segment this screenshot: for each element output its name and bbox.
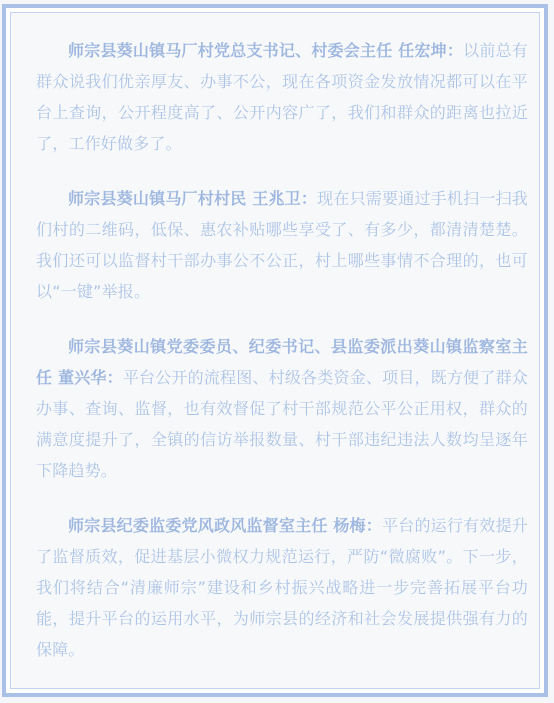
- decorative-outer-border: 师宗县葵山镇马厂村党总支书记、村委会主任 任宏坤：以前总有群众说我们优亲厚友、办…: [2, 4, 548, 697]
- speaker-name: 师宗县纪委监委党风政风监督室主任 杨梅：: [68, 516, 382, 535]
- speaker-name: 师宗县葵山镇马厂村党总支书记、村委会主任 任宏坤：: [68, 41, 463, 60]
- quote-text: 平台的运行有效提升了监督质效，促进基层小微权力规范运行，严防“微腐败”。下一步，…: [36, 516, 528, 659]
- decorative-inner-border: 师宗县葵山镇马厂村党总支书记、村委会主任 任宏坤：以前总有群众说我们优亲厚友、办…: [10, 12, 540, 689]
- quote-paragraph: 师宗县纪委监委党风政风监督室主任 杨梅：平台的运行有效提升了监督质效，促进基层小…: [36, 510, 528, 665]
- quote-paragraph: 师宗县葵山镇马厂村党总支书记、村委会主任 任宏坤：以前总有群众说我们优亲厚友、办…: [36, 35, 528, 159]
- quote-paragraph: 师宗县葵山镇马厂村村民 王兆卫：现在只需要通过手机扫一扫我们村的二维码，低保、惠…: [36, 183, 528, 307]
- quote-paragraph: 师宗县葵山镇党委委员、纪委书记、县监委派出葵山镇监察室主任 董兴华：平台公开的流…: [36, 331, 528, 486]
- speaker-name: 师宗县葵山镇马厂村村民 王兆卫：: [68, 189, 317, 208]
- quote-article: 师宗县葵山镇马厂村党总支书记、村委会主任 任宏坤：以前总有群众说我们优亲厚友、办…: [36, 35, 528, 689]
